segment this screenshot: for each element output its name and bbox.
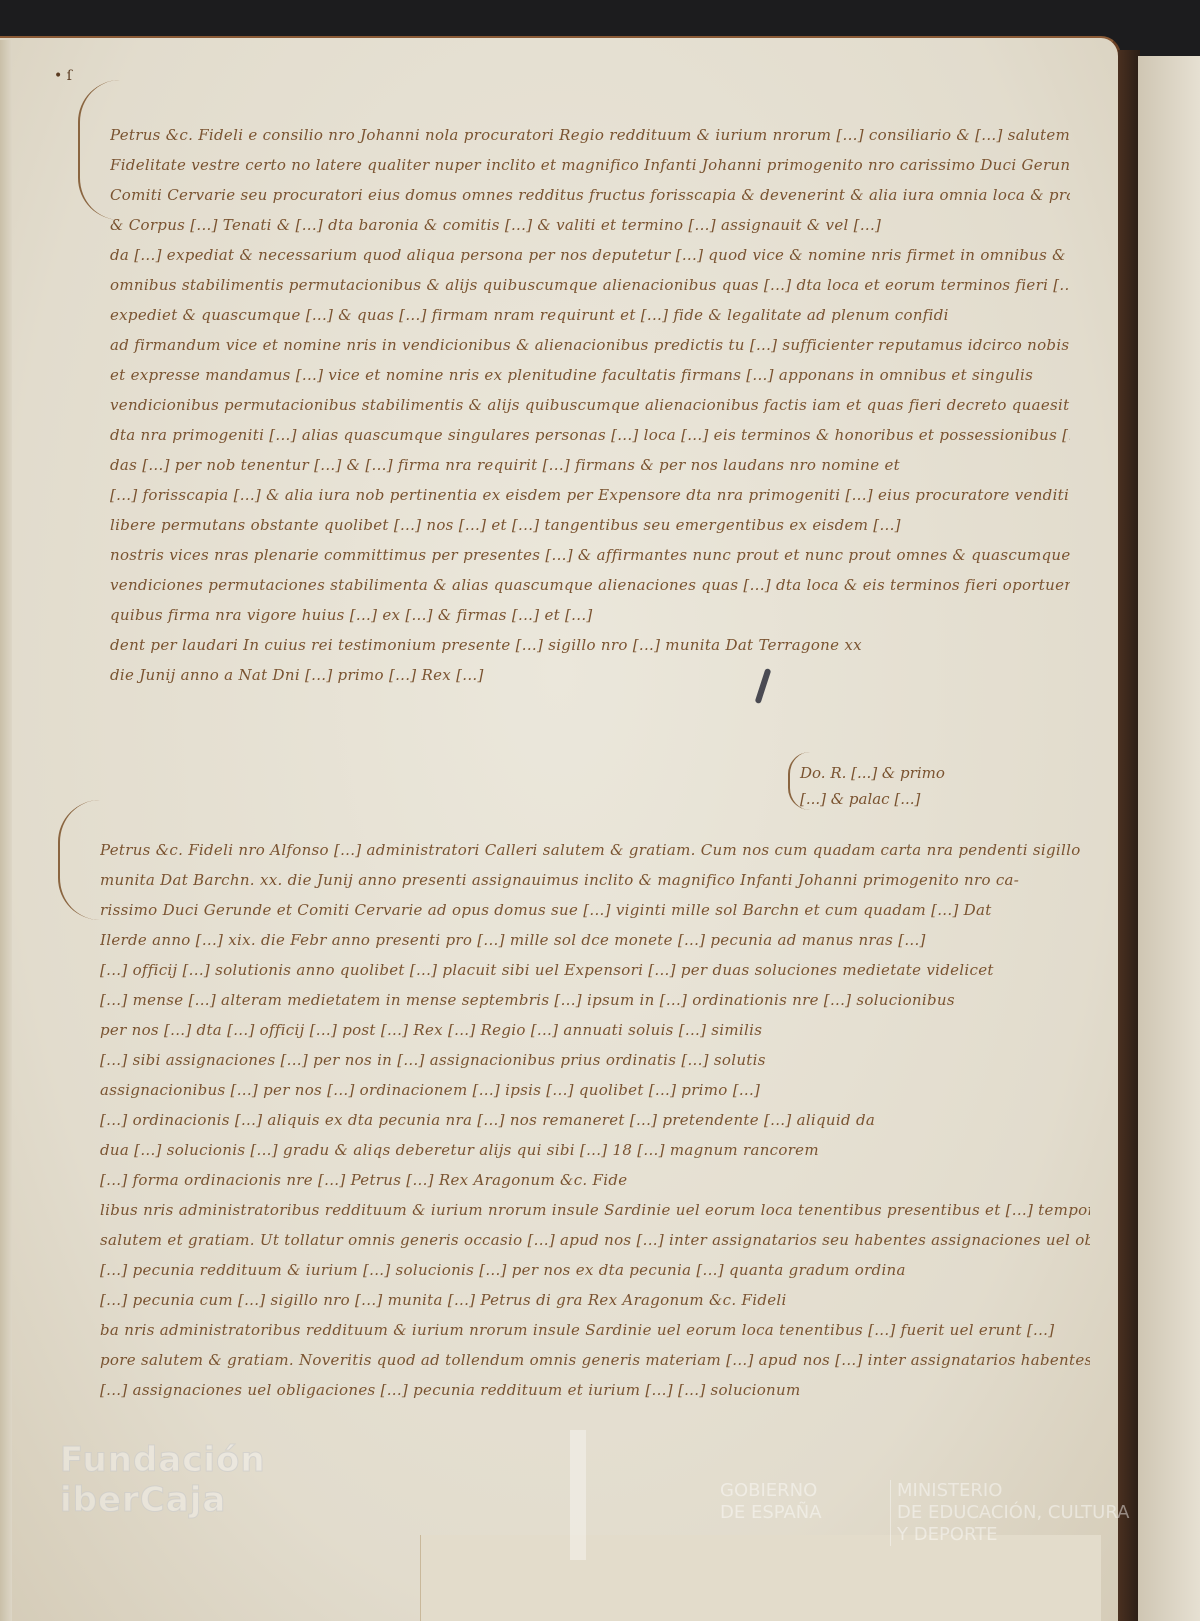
text-line: [...] pecunia cum [...] sigillo nro [...… (100, 1285, 1090, 1315)
text-line: munita Dat Barchn. xx. die Junij anno pr… (100, 865, 1090, 895)
text-line: [...] sibi assignaciones [...] per nos i… (100, 1045, 1090, 1075)
text-line: [...] assignaciones uel obligaciones [..… (100, 1375, 1090, 1405)
text-line: [...] forisscapia [...] & alia iura nob … (110, 480, 1070, 510)
text-line: das [...] per nob tenentur [...] & [...]… (110, 450, 1070, 480)
text-line: da [...] expediat & necessarium quod ali… (110, 240, 1070, 270)
text-line: ad firmandum vice et nomine nris in vend… (110, 330, 1070, 360)
text-line: nostris vices nras plenarie committimus … (110, 540, 1070, 570)
text-line: omnibus stabilimentis permutacionibus & … (110, 270, 1070, 300)
watermark-ibercaja-line1: Fundación (60, 1440, 266, 1480)
text-line: et expresse mandamus [...] vice et nomin… (110, 360, 1070, 390)
text-line: assignacionibus [...] per nos [...] ordi… (100, 1075, 1090, 1105)
text-line: dta nra primogeniti [...] alias quascumq… (110, 420, 1070, 450)
text-line: Ilerde anno [...] xix. die Febr anno pre… (100, 925, 1090, 955)
watermark-gobierno-line1: GOBIERNO (720, 1480, 822, 1502)
text-line: libere permutans obstante quolibet [...]… (110, 510, 1070, 540)
watermark-ministerio-line3: Y DEPORTE (897, 1524, 1129, 1546)
text-line: [...] mense [...] alteram medietatem in … (100, 985, 1090, 1015)
watermark-gobierno-line2: DE ESPAÑA (720, 1502, 822, 1524)
text-line: pore salutem & gratiam. Noveritis quod a… (100, 1345, 1090, 1375)
text-line: vendicionibus permutacionibus stabilimen… (110, 390, 1070, 420)
text-line: die Junij anno a Nat Dni [...] primo [..… (110, 660, 1070, 690)
watermark-ministerio-line1: MINISTERIO (897, 1480, 1129, 1502)
text-line: salutem et gratiam. Ut tollatur omnis ge… (100, 1225, 1090, 1255)
text-line: Petrus &c. Fideli e consilio nro Johanni… (110, 120, 1070, 150)
text-line: Do. R. [...] & primo (800, 760, 945, 786)
text-line: [...] pecunia reddituum & iurium [...] s… (100, 1255, 1090, 1285)
entry-2-text: Petrus &c. Fideli nro Alfonso [...] admi… (100, 835, 1090, 1405)
text-line: dua [...] solucionis [...] gradu & aliqs… (100, 1135, 1090, 1165)
marginal-note: Do. R. [...] & primo[...] & palac [...] (800, 760, 945, 812)
text-line: ba nris administratoribus reddituum & iu… (100, 1315, 1090, 1345)
text-line: [...] ordinacionis [...] aliquis ex dta … (100, 1105, 1090, 1135)
text-line: Petrus &c. Fideli nro Alfonso [...] admi… (100, 835, 1090, 865)
paper-repair-patch (420, 1535, 1101, 1621)
text-line: Fidelitate vestre certo no latere qualit… (110, 150, 1070, 180)
entry-1-text: Petrus &c. Fideli e consilio nro Johanni… (110, 120, 1070, 690)
facing-page-edge (1138, 56, 1200, 1621)
binding-gutter (1118, 50, 1140, 1621)
watermark-ministerio-line2: DE EDUCACIÓN, CULTURA (897, 1502, 1129, 1524)
text-line: expediet & quascumque [...] & quas [...]… (110, 300, 1070, 330)
watermark-ministerio: MINISTERIO DE EDUCACIÓN, CULTURA Y DEPOR… (890, 1480, 1129, 1546)
text-line: [...] forma ordinacionis nre [...] Petru… (100, 1165, 1090, 1195)
page-edge (0, 40, 12, 1621)
text-line: rissimo Duci Gerunde et Comiti Cervarie … (100, 895, 1090, 925)
text-line: & Corpus [...] Tenati & [...] dta baroni… (110, 210, 1070, 240)
text-line: vendiciones permutaciones stabilimenta &… (110, 570, 1070, 600)
text-line: quibus firma nra vigore huius [...] ex [… (110, 600, 1070, 630)
text-line: dent per laudari In cuius rei testimoniu… (110, 630, 1070, 660)
watermark-gobierno: GOBIERNO DE ESPAÑA (720, 1480, 822, 1524)
text-line: [...] officij [...] solutionis anno quol… (100, 955, 1090, 985)
watermark-flag-bar (570, 1430, 586, 1560)
text-line: [...] & palac [...] (800, 786, 945, 812)
text-line: per nos [...] dta [...] officij [...] po… (100, 1015, 1090, 1045)
text-line: libus nris administratoribus reddituum &… (100, 1195, 1090, 1225)
watermark-ibercaja: Fundación iberCaja (60, 1440, 266, 1520)
watermark-ibercaja-line2: iberCaja (60, 1480, 266, 1520)
folio-mark: • ſ (54, 68, 72, 84)
text-line: Comiti Cervarie seu procuratori eius dom… (110, 180, 1070, 210)
